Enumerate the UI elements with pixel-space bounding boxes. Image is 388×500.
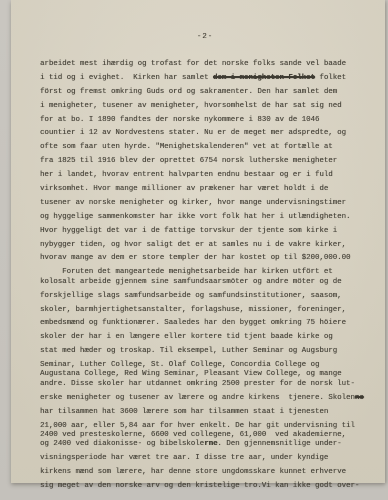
text-line: for at bo. I 1890 fandtes der norske nyk…: [40, 116, 370, 124]
text-line: og hyggelige sammenkomster har ikke vort…: [40, 213, 370, 221]
text-segment: her i landet, hvorav entrent halvparten …: [40, 171, 333, 179]
text-line: arbeidet mest ihærdig og trofast for det…: [40, 60, 370, 68]
text-segment: tusener av norske menigheter og kirker, …: [40, 199, 346, 207]
text-segment: har tilsammen hat 3600 lærere som har ti…: [40, 408, 328, 416]
text-line: i tid og i evighet. Kirken har samlet de…: [40, 74, 370, 82]
text-line: 21,000 aar, eller 5,84 aar for hver enke…: [40, 422, 370, 430]
text-segment: ofte som faar uten hyrde. "Menighetskale…: [40, 143, 333, 151]
text-line: i menigheter, tusener av menigheter, hvo…: [40, 102, 370, 110]
text-segment: nybygger tiden, og hvor saligt det er at…: [40, 241, 346, 249]
text-segment: 21,000 aar, eller 5,84 aar for hver enke…: [40, 422, 355, 430]
text-segment: hvorav mange av dem er store templer der…: [40, 254, 350, 262]
scan-background: -2- arbeidet mest ihærdig og trofast for…: [0, 0, 388, 500]
page-text-area: -2- arbeidet mest ihærdig og trofast for…: [40, 17, 370, 500]
text-line: og 2400 ved diakonisse- og bibelskolerne…: [40, 440, 370, 448]
text-segment: erske menigheter og tusener av lærere og…: [40, 394, 355, 402]
text-segment: i menigheter, tusener av menigheter, hvo…: [40, 102, 342, 110]
text-segment: embedsmænd og funktionærer. Saaledes har…: [40, 319, 346, 327]
text-line: kolosalt arbeide gjennem sine samfundsaa…: [40, 278, 370, 286]
text-line: har tilsammen hat 3600 lærere som har ti…: [40, 408, 370, 416]
text-segment: kolosalt arbeide gjennem sine samfundsaa…: [40, 278, 342, 286]
text-segment: stat med hæder og troskap. Til eksempel,…: [40, 347, 337, 355]
text-line: erske menigheter og tusener av lærere og…: [40, 394, 370, 402]
text-line: skoler, barmhjertighetsanstalter, forlag…: [40, 306, 370, 314]
text-segment: for at bo. I 1890 fandtes der norske nyk…: [40, 116, 319, 124]
text-line: her i landet, hvorav entrent halvparten …: [40, 171, 370, 179]
struck-text: ne: [355, 394, 364, 402]
text-segment: 2400 ved presteskolerne, 6600 ved colleg…: [40, 431, 346, 439]
overstruck-text: rne: [204, 440, 217, 448]
text-segment: arbeidet mest ihærdig og trofast for det…: [40, 60, 346, 68]
text-segment: andre. Disse skoler har utdannet omkring…: [40, 380, 355, 388]
text-line: Foruten det mangeartede menighetsarbeide…: [40, 268, 370, 276]
text-line: hvorav mange av dem er store templer der…: [40, 254, 370, 262]
text-line: först og fremst omkring Guds ord og sakr…: [40, 88, 370, 96]
text-line: Seminar, Luther College, St. Olaf Colleg…: [40, 361, 370, 369]
text-line: sig meget av den norske arv og den krist…: [40, 482, 370, 490]
text-segment: folket: [315, 74, 346, 82]
text-segment: . Den gjennemsnitlige under-: [217, 440, 341, 448]
text-segment: Hvor hyggeligt det var i de fattige torv…: [40, 227, 337, 235]
text-line: 2400 ved presteskolerne, 6600 ved colleg…: [40, 431, 370, 439]
text-line: countier i 12 av Nordvestens stater. Nu …: [40, 129, 370, 137]
text-segment: countier i 12 av Nordvestens stater. Nu …: [40, 129, 346, 137]
text-segment: i tid og i evighet. Kirken har samlet: [40, 74, 213, 82]
text-line: nybygger tiden, og hvor saligt det er at…: [40, 241, 370, 249]
text-line: embedsmænd og funktionærer. Saaledes har…: [40, 319, 370, 327]
text-segment: skoler, barmhjertighetsanstalter, forlag…: [40, 306, 346, 314]
text-line: skoler der har i en længere eller korter…: [40, 333, 370, 341]
text-segment: forskjellige slags samfundsarbeide og sa…: [40, 292, 342, 300]
text-segment: fra 1825 til 1916 blev der oprettet 6754…: [40, 157, 337, 165]
text-segment: Augustana College, Red Wing Seminar, Ple…: [40, 370, 342, 378]
document-lines: arbeidet mest ihærdig og trofast for det…: [40, 60, 370, 490]
text-segment: kirkens mænd som lærere, har denne store…: [40, 468, 346, 476]
typewritten-page: -2- arbeidet mest ihærdig og trofast for…: [11, 0, 385, 483]
text-segment: visningsperiode har været tre aar. I dis…: [40, 454, 328, 462]
text-line: fra 1825 til 1916 blev der oprettet 6754…: [40, 157, 370, 165]
text-line: forskjellige slags samfundsarbeide og sa…: [40, 292, 370, 300]
text-line: stat med hæder og troskap. Til eksempel,…: [40, 347, 370, 355]
text-line: tusener av norske menigheter og kirker, …: [40, 199, 370, 207]
text-line: visningsperiode har været tre aar. I dis…: [40, 454, 370, 462]
text-line: kirkens mænd som lærere, har denne store…: [40, 468, 370, 476]
struck-text: dem i menigheten Folket: [213, 74, 315, 82]
text-line: andre. Disse skoler har utdannet omkring…: [40, 380, 370, 388]
text-line: Augustana College, Red Wing Seminar, Ple…: [40, 370, 370, 378]
text-segment: skoler der har i en længere eller korter…: [40, 333, 333, 341]
text-line: Hvor hyggeligt det var i de fattige torv…: [40, 227, 370, 235]
text-segment: og hyggelige sammenkomster har ikke vort…: [40, 213, 350, 221]
text-segment: Seminar, Luther College, St. Olaf Colleg…: [40, 361, 319, 369]
page-number: -2-: [40, 33, 370, 41]
text-segment: Foruten det mangeartede menighetsarbeide…: [40, 268, 333, 276]
text-segment: virksomhet. Hvor mange millioner av præk…: [40, 185, 328, 193]
text-segment: först og fremst omkring Guds ord og sakr…: [40, 88, 337, 96]
text-segment: sig meget av den norske arv og den krist…: [40, 482, 359, 490]
text-line: virksomhet. Hvor mange millioner av præk…: [40, 185, 370, 193]
text-line: ofte som faar uten hyrde. "Menighetskale…: [40, 143, 370, 151]
text-segment: og 2400 ved diakonisse- og bibelskole: [40, 440, 204, 448]
